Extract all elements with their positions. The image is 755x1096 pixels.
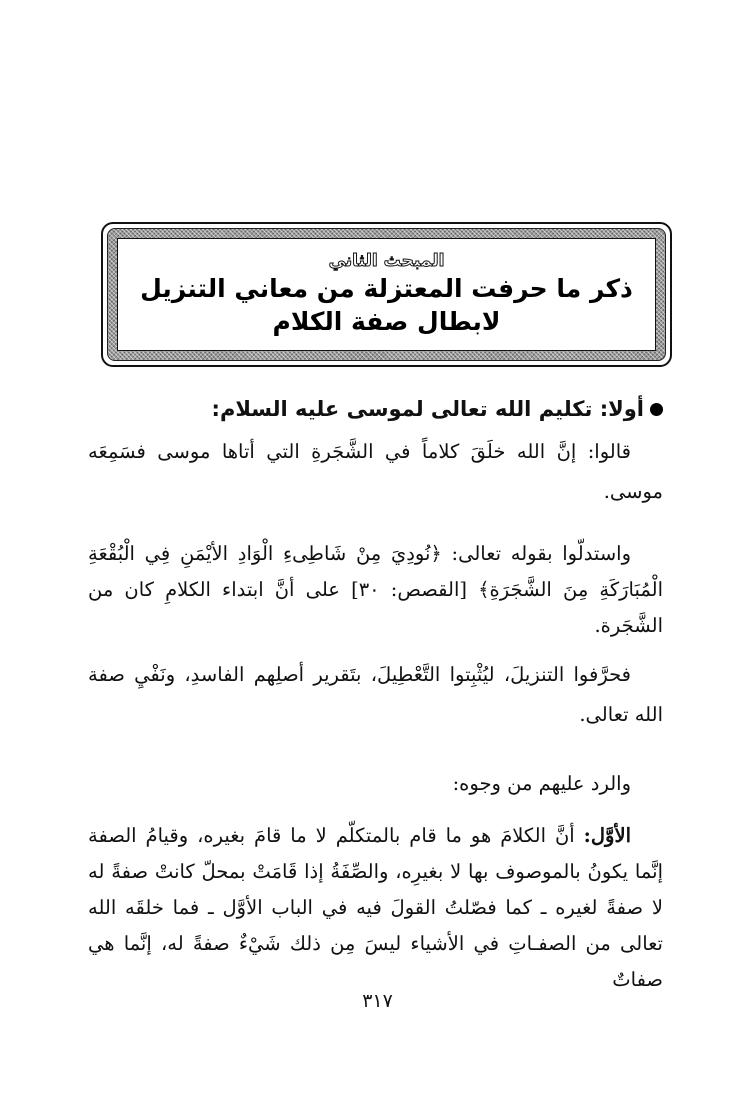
paragraph-4: والرد عليهم من وجوه: [88, 764, 663, 804]
section-title-line-2: لابطال صفة الكلام [273, 306, 501, 339]
paragraph-5-body: أنَّ الكلامَ هو ما قام بالمتكلّم لا ما ق… [88, 824, 663, 991]
section-heading-frame: المبحث الثاني ذكر ما حرفت المعتزلة من مع… [101, 222, 672, 367]
page-number: ٣١٧ [0, 990, 755, 1012]
section-label: المبحث الثاني [329, 251, 445, 271]
section-title-line-1: ذكر ما حرفت المعتزلة من معاني التنزيل [140, 273, 633, 306]
document-page: المبحث الثاني ذكر ما حرفت المعتزلة من مع… [0, 0, 755, 1096]
paragraph-3: فحرَّفوا التنزيلَ، ليُثْبِتوا التَّعْطِي… [88, 655, 663, 735]
subheading-text: أولا: تكليم الله تعالى لموسى عليه السلام… [212, 396, 644, 423]
paragraph-1: قالوا: إنَّ الله خلَقَ كلاماً في الشَّجَ… [88, 432, 663, 512]
paragraph-5: الأوَّل: أنَّ الكلامَ هو ما قام بالمتكلّ… [88, 818, 663, 998]
subheading: أولا: تكليم الله تعالى لموسى عليه السلام… [212, 396, 663, 423]
paragraph-5-lead: الأوَّل: [584, 824, 631, 847]
bullet-icon [650, 403, 663, 416]
paragraph-2: واستدلّوا بقوله تعالى: ﴿نُودِيَ مِنْ شَا… [88, 536, 663, 644]
frame-inner-panel: المبحث الثاني ذكر ما حرفت المعتزلة من مع… [117, 238, 656, 351]
